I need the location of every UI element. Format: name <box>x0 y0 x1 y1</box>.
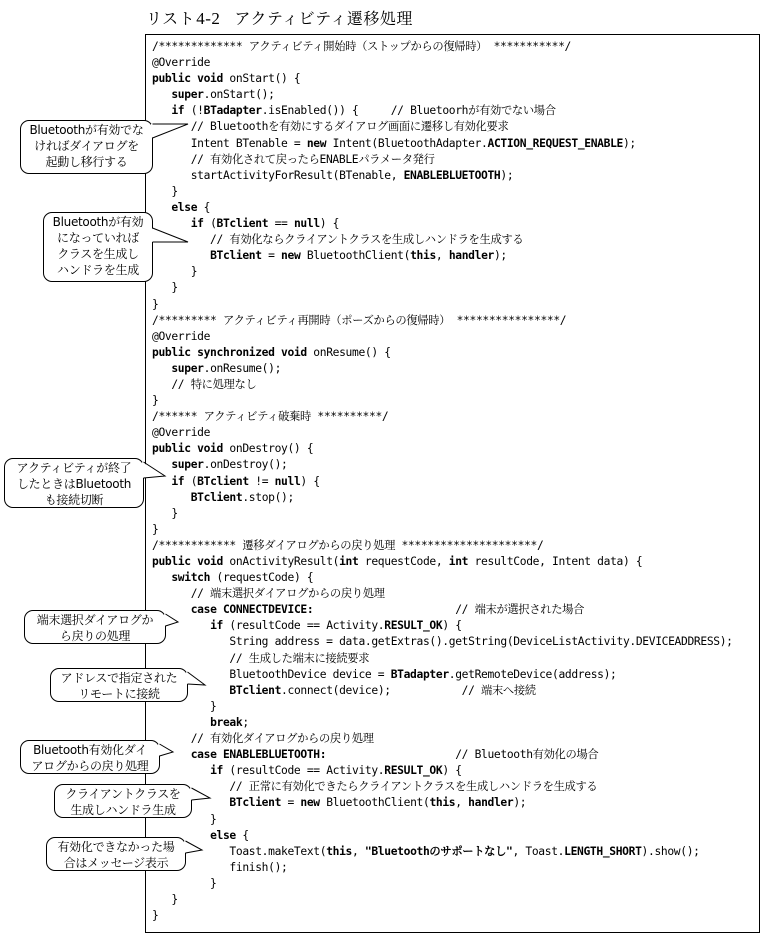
code-line: // 有効化ならクライアントクラスを生成しハンドラを生成する <box>152 232 733 248</box>
callout-text-line: 合はメッセージ表示 <box>49 855 183 871</box>
code-keyword: if <box>171 475 184 488</box>
code-line: } <box>152 812 733 828</box>
callout-text-line: ければダイアログを <box>23 138 150 154</box>
code-text: , Toast. <box>513 845 565 858</box>
code-line: super.onDestroy(); <box>152 457 733 473</box>
code-line: String address = data.getExtras().getStr… <box>152 634 733 650</box>
code-text: ); <box>623 137 636 150</box>
code-text: ); <box>500 169 513 182</box>
listing-title-text: アクティビティ遷移処理 <box>234 9 412 28</box>
code-text: startActivityForResult(BTenable, <box>152 169 404 182</box>
code-text: // 特に処理なし <box>152 378 256 391</box>
code-keyword: this <box>410 249 436 262</box>
code-text: , <box>352 845 365 858</box>
callout-text-line: クライアントクラスを <box>57 786 189 802</box>
callout-destroy-disconnect: アクティビティが終了したときはBluetoothも接続切断 <box>4 458 144 508</box>
code-text: } <box>152 394 158 407</box>
code-text: // 有効化ならクライアントクラスを生成しハンドラを生成する <box>152 233 523 246</box>
listing-number: 4-2 <box>196 9 220 28</box>
code-keyword: BTclient <box>191 491 243 504</box>
code-line: } <box>152 892 733 908</box>
code-text: != <box>249 475 275 488</box>
callout-text-line: 端末選択ダイアログか <box>27 612 163 628</box>
code-keyword: BTclient <box>217 217 269 230</box>
code-line: Toast.makeText(this, "Bluetoothのサポートなし",… <box>152 844 733 860</box>
code-line: } <box>152 280 733 296</box>
code-text: ( <box>184 475 197 488</box>
callout-text-line: ハンドラを生成 <box>46 262 150 278</box>
code-keyword: public void <box>152 555 223 568</box>
code-keyword: new <box>307 137 326 150</box>
code-line: // 有効化ダイアログからの戻り処理 <box>152 731 733 747</box>
code-text: } <box>152 893 178 906</box>
code-keyword: public void <box>152 442 223 455</box>
code-text: .onResume(); <box>204 362 281 375</box>
callout-text-line: Bluetoothが有効でな <box>23 122 150 138</box>
code-listing-box: /************* アクティビティ開始時（ストップからの復帰時） **… <box>145 34 760 933</box>
code-keyword: ACTION_REQUEST_ENABLE <box>488 137 623 150</box>
code-text: .onDestroy(); <box>204 458 288 471</box>
callout-bt-enable-return: Bluetooth有効化ダイアログからの戻り処理 <box>20 740 160 774</box>
callout-create-client: クライアントクラスを生成しハンドラ生成 <box>54 784 192 818</box>
code-text: requestCode, <box>358 555 448 568</box>
code-line: case ENABLEBLUETOOTH: // Bluetooth有効化の場合 <box>152 747 733 763</box>
code-line: BTclient.stop(); <box>152 490 733 506</box>
code-text: // 端末選択ダイアログからの戻り処理 <box>152 587 385 600</box>
code-line: BTclient.connect(device); // 端末へ接続 <box>152 683 733 699</box>
code-keyword: RESULT_OK <box>384 764 442 777</box>
code-line: else { <box>152 828 733 844</box>
code-text: onStart() { <box>223 72 300 85</box>
code-text: (requestCode) { <box>210 571 313 584</box>
code-text: // 端末が選択された場合 <box>313 603 584 616</box>
code-line: super.onResume(); <box>152 361 733 377</box>
code-line: startActivityForResult(BTenable, ENABLEB… <box>152 168 733 184</box>
code-keyword: BTadapter <box>391 668 449 681</box>
code-keyword: break <box>210 716 242 729</box>
callout-connect-remote: アドレスで指定されたリモートに接続 <box>50 668 188 702</box>
code-line: if (!BTadapter.isEnabled()) { // Bluetoo… <box>152 103 733 119</box>
code-text: } <box>152 281 178 294</box>
code-text: @Override <box>152 330 210 343</box>
code-text: resultCode, Intent data) { <box>468 555 642 568</box>
code-text: String address = data.getExtras().getStr… <box>152 635 733 648</box>
code-keyword: public void <box>152 72 223 85</box>
code-line: /********* アクティビティ再開時（ポーズからの復帰時） *******… <box>152 313 733 329</box>
code-line: finish(); <box>152 860 733 876</box>
code-text: , <box>436 249 449 262</box>
code-line: if (BTclient != null) { <box>152 474 733 490</box>
code-keyword: if <box>210 764 223 777</box>
code-line: if (resultCode == Activity.RESULT_OK) { <box>152 763 733 779</box>
callout-bt-disabled: Bluetoothが有効でなければダイアログを起動し移行する <box>20 120 153 174</box>
code-line: @Override <box>152 329 733 345</box>
code-text: } <box>152 877 217 890</box>
code-line: } <box>152 393 733 409</box>
code-line: /****** アクティビティ破棄時 **********/ <box>152 409 733 425</box>
code-line: // 正常に有効化できたらクライアントクラスを生成しハンドラを生成する <box>152 779 733 795</box>
code-text <box>152 104 171 117</box>
code-keyword: if <box>191 217 204 230</box>
code-text <box>152 249 210 262</box>
code-text: // 正常に有効化できたらクライアントクラスを生成しハンドラを生成する <box>152 780 597 793</box>
code-keyword: handler <box>468 796 513 809</box>
code-line: BTclient = new BluetoothClient(this, han… <box>152 248 733 264</box>
code-text: } <box>152 185 178 198</box>
callout-text-line: 起動し移行する <box>23 154 150 170</box>
code-line: } <box>152 876 733 892</box>
code-text <box>152 458 171 471</box>
code-text <box>152 491 191 504</box>
code-text: onDestroy() { <box>223 442 313 455</box>
code-keyword: null <box>275 475 301 488</box>
code-line: } <box>152 522 733 538</box>
code-line: public void onActivityResult(int request… <box>152 554 733 570</box>
code-text: } <box>152 265 197 278</box>
code-line: if (resultCode == Activity.RESULT_OK) { <box>152 618 733 634</box>
callout-device-select-return: 端末選択ダイアログから戻りの処理 <box>24 610 166 644</box>
code-line: // 有効化されて戻ったらENABLEパラメータ発行 <box>152 152 733 168</box>
code-keyword: super <box>171 458 203 471</box>
code-text <box>152 716 210 729</box>
code-line: @Override <box>152 425 733 441</box>
code-text: ( <box>204 217 217 230</box>
listing-prefix: リスト <box>146 9 195 28</box>
callout-text-line: 生成しハンドラ生成 <box>57 802 189 818</box>
code-line: @Override <box>152 55 733 71</box>
code-line: BTclient = new BluetoothClient(this, han… <box>152 795 733 811</box>
code-line: super.onStart(); <box>152 87 733 103</box>
code-keyword: public synchronized void <box>152 346 307 359</box>
code-text: // Bluetoothを有効にするダイアログ画面に遷移し有効化要求 <box>152 120 508 133</box>
code-text <box>152 217 191 230</box>
code-keyword: if <box>210 619 223 632</box>
listing-title: リスト4-2アクティビティ遷移処理 <box>146 6 413 29</box>
code-keyword: null <box>294 217 320 230</box>
code-line: // Bluetoothを有効にするダイアログ画面に遷移し有効化要求 <box>152 119 733 135</box>
code-line: case CONNECTDEVICE: // 端末が選択された場合 <box>152 602 733 618</box>
code-text <box>152 764 210 777</box>
callout-text-line: アドレスで指定された <box>53 670 185 686</box>
code-text: ).show(); <box>642 845 700 858</box>
callout-enable-failed: 有効化できなかった場合はメッセージ表示 <box>46 837 186 871</box>
code-line: } <box>152 699 733 715</box>
callout-text-line: ら戻りの処理 <box>27 628 163 644</box>
code-text: (resultCode == Activity. <box>223 764 384 777</box>
code-keyword: switch <box>171 571 210 584</box>
code-text: BluetoothClient( <box>320 796 430 809</box>
code-listing: /************* アクティビティ開始時（ストップからの復帰時） **… <box>152 39 733 924</box>
code-keyword: this <box>326 845 352 858</box>
code-keyword: case CONNECTDEVICE: <box>191 603 314 616</box>
code-text: ; <box>242 716 248 729</box>
code-line: } <box>152 264 733 280</box>
callout-text-line: 有効化できなかった場 <box>49 839 183 855</box>
code-keyword: else <box>210 829 236 842</box>
code-line: } <box>152 297 733 313</box>
code-line: } <box>152 184 733 200</box>
callout-text-line: Bluetoothが有効 <box>46 214 150 230</box>
code-text: .isEnabled()) { // Bluetoorhが有効でない場合 <box>262 104 556 117</box>
code-keyword: new <box>281 249 300 262</box>
code-line: else { <box>152 200 733 216</box>
code-line: switch (requestCode) { <box>152 570 733 586</box>
code-line: // 特に処理なし <box>152 377 733 393</box>
code-line: /************* アクティビティ開始時（ストップからの復帰時） **… <box>152 39 733 55</box>
code-text: .stop(); <box>242 491 294 504</box>
callout-text-line: したときはBluetooth <box>7 476 141 492</box>
code-text: /********* アクティビティ再開時（ポーズからの復帰時） *******… <box>152 314 566 327</box>
code-keyword: BTadapter <box>204 104 262 117</box>
code-text: = <box>262 249 281 262</box>
code-text: Intent BTenable = <box>152 137 307 150</box>
code-line: break; <box>152 715 733 731</box>
code-text: == <box>268 217 294 230</box>
code-text: onActivityResult( <box>223 555 339 568</box>
code-text: ) { <box>442 619 461 632</box>
code-text: ) { <box>442 764 461 777</box>
code-text: } <box>152 523 158 536</box>
callout-text-line: クラスを生成し <box>46 246 150 262</box>
code-text <box>152 571 171 584</box>
code-text: .onStart(); <box>204 88 275 101</box>
code-text <box>152 88 171 101</box>
code-keyword: new <box>300 796 319 809</box>
code-line: BluetoothDevice device = BTadapter.getRe… <box>152 667 733 683</box>
code-line: } <box>152 506 733 522</box>
callout-text-line: アログからの戻り処理 <box>23 758 157 774</box>
callout-bt-enabled: Bluetoothが有効になっていればクラスを生成しハンドラを生成 <box>43 212 153 282</box>
callout-text-line: Bluetooth有効化ダイ <box>23 742 157 758</box>
code-keyword: BTclient <box>197 475 249 488</box>
code-line: } <box>152 908 733 924</box>
code-text: @Override <box>152 56 210 69</box>
code-keyword: handler <box>449 249 494 262</box>
code-keyword: case ENABLEBLUETOOTH: <box>191 748 326 761</box>
code-text: @Override <box>152 426 210 439</box>
code-keyword: LENGTH_SHORT <box>564 845 641 858</box>
code-text: ) { <box>300 475 319 488</box>
code-text: (! <box>184 104 203 117</box>
callout-text-line: リモートに接続 <box>53 686 185 702</box>
code-keyword: super <box>171 362 203 375</box>
code-line: // 生成した端末に接続要求 <box>152 651 733 667</box>
code-text: = <box>281 796 300 809</box>
code-keyword: this <box>429 796 455 809</box>
code-text: } <box>152 909 158 922</box>
callout-text-line: も接続切断 <box>7 492 141 508</box>
code-text: (resultCode == Activity. <box>223 619 384 632</box>
code-line: if (BTclient == null) { <box>152 216 733 232</box>
code-line: // 端末選択ダイアログからの戻り処理 <box>152 586 733 602</box>
code-keyword: int <box>339 555 358 568</box>
code-text: /************* アクティビティ開始時（ストップからの復帰時） **… <box>152 40 571 53</box>
code-line: public void onStart() { <box>152 71 733 87</box>
code-text: { <box>236 829 249 842</box>
code-keyword: super <box>171 88 203 101</box>
code-line: public synchronized void onResume() { <box>152 345 733 361</box>
code-text: ); <box>494 249 507 262</box>
code-keyword: BTclient <box>229 684 281 697</box>
code-keyword: BTclient <box>210 249 262 262</box>
code-line: Intent BTenable = new Intent(BluetoothAd… <box>152 136 733 152</box>
code-text: /****** アクティビティ破棄時 **********/ <box>152 410 388 423</box>
code-text: , <box>455 796 468 809</box>
code-text: .connect(device); // 端末へ接続 <box>281 684 536 697</box>
code-keyword: ENABLEBLUETOOTH <box>404 169 501 182</box>
code-text: BluetoothClient( <box>300 249 410 262</box>
code-text: { <box>197 201 210 214</box>
code-text: /************ 遷移ダイアログからの戻り処理 ***********… <box>152 539 543 552</box>
code-text: // 有効化されて戻ったらENABLEパラメータ発行 <box>152 153 435 166</box>
code-text: ) { <box>320 217 339 230</box>
code-text: // Bluetooth有効化の場合 <box>326 748 598 761</box>
code-keyword: if <box>171 104 184 117</box>
code-text <box>152 362 171 375</box>
code-text <box>152 201 171 214</box>
callout-text-line: アクティビティが終了 <box>7 460 141 476</box>
code-text: onResume() { <box>307 346 391 359</box>
code-keyword: RESULT_OK <box>384 619 442 632</box>
callout-text-line: になっていれば <box>46 230 150 246</box>
code-text: Intent(BluetoothAdapter. <box>326 137 487 150</box>
code-keyword: else <box>171 201 197 214</box>
code-text: // 生成した端末に接続要求 <box>152 652 369 665</box>
code-text <box>152 475 171 488</box>
code-keyword: "Bluetoothのサポートなし" <box>365 845 513 858</box>
code-text: } <box>152 507 178 520</box>
code-text: .getRemoteDevice(address); <box>449 668 617 681</box>
code-keyword: int <box>449 555 468 568</box>
code-line: public void onDestroy() { <box>152 441 733 457</box>
code-keyword: BTclient <box>229 796 281 809</box>
code-line: /************ 遷移ダイアログからの戻り処理 ***********… <box>152 538 733 554</box>
code-text: ); <box>513 796 526 809</box>
code-text: // 有効化ダイアログからの戻り処理 <box>152 732 374 745</box>
code-text: } <box>152 298 158 311</box>
